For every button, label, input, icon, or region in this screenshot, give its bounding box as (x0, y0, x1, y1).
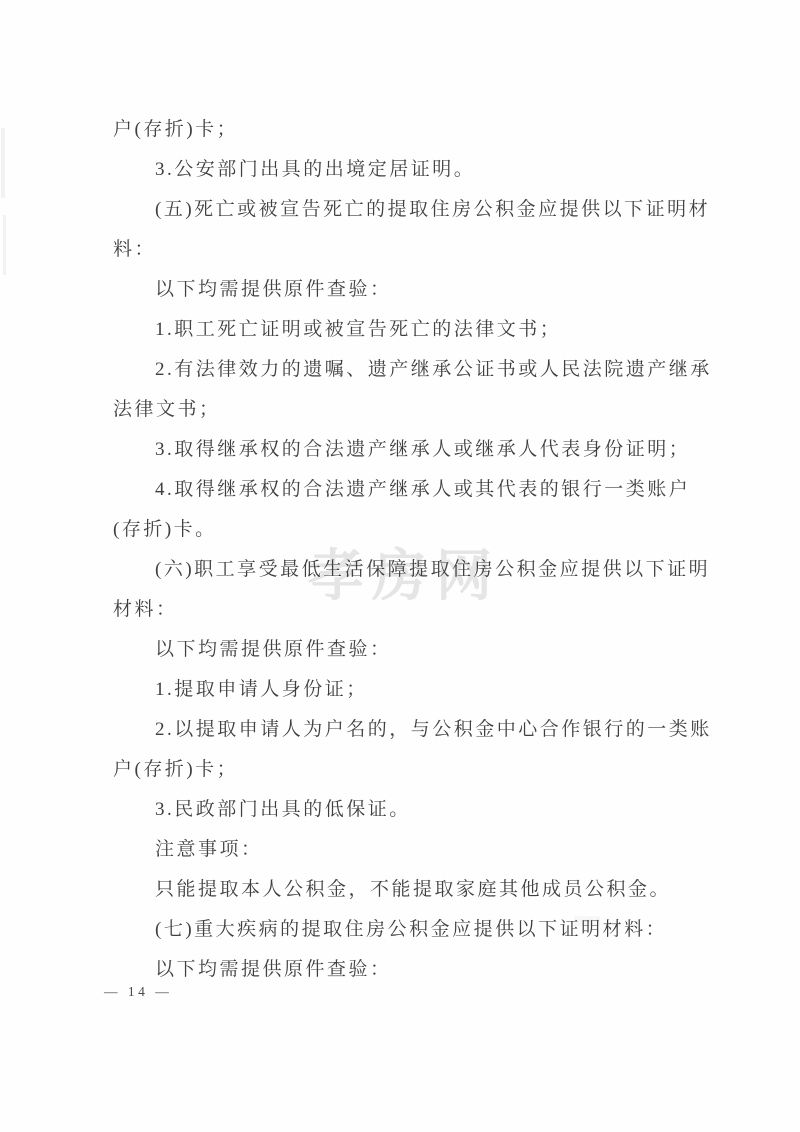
document-body: 户(存折)卡； 3.公安部门出具的出境定居证明。 (五)死亡或被宣告死亡的提取住… (113, 110, 740, 990)
text-line: (存折)卡。 (113, 510, 740, 550)
scan-artifact (1, 128, 5, 198)
text-line: 3.民政部门出具的低保证。 (113, 790, 740, 830)
text-line: 以下均需提供原件查验： (113, 270, 740, 310)
text-line: 2.以提取申请人为户名的，与公积金中心合作银行的一类账 (113, 710, 740, 750)
page-number: — 14 — (104, 984, 172, 1000)
text-line: 注意事项： (113, 830, 740, 870)
text-line: 材料： (113, 590, 740, 630)
text-line: 户(存折)卡； (113, 750, 740, 790)
text-line: 户(存折)卡； (113, 110, 740, 150)
document-page: 孝房网 户(存折)卡； 3.公安部门出具的出境定居证明。 (五)死亡或被宣告死亡… (0, 0, 800, 1132)
text-line: 3.取得继承权的合法遗产继承人或继承人代表身份证明； (113, 430, 740, 470)
text-line: 2.有法律效力的遗嘱、遗产继承公证书或人民法院遗产继承 (113, 350, 740, 390)
text-line: 以下均需提供原件查验： (113, 630, 740, 670)
text-line: 4.取得继承权的合法遗产继承人或其代表的银行一类账户 (113, 470, 740, 510)
text-line: 1.职工死亡证明或被宣告死亡的法律文书； (113, 310, 740, 350)
text-line: (五)死亡或被宣告死亡的提取住房公积金应提供以下证明材 (113, 190, 740, 230)
scan-artifact (3, 215, 6, 275)
text-line: 法律文书； (113, 390, 740, 430)
text-line: 以下均需提供原件查验： (113, 950, 740, 990)
text-line: 料： (113, 230, 740, 270)
text-line: 1.提取申请人身份证； (113, 670, 740, 710)
text-line: 只能提取本人公积金，不能提取家庭其他成员公积金。 (113, 870, 740, 910)
text-line: 3.公安部门出具的出境定居证明。 (113, 150, 740, 190)
text-line: (六)职工享受最低生活保障提取住房公积金应提供以下证明 (113, 550, 740, 590)
text-line: (七)重大疾病的提取住房公积金应提供以下证明材料： (113, 910, 740, 950)
